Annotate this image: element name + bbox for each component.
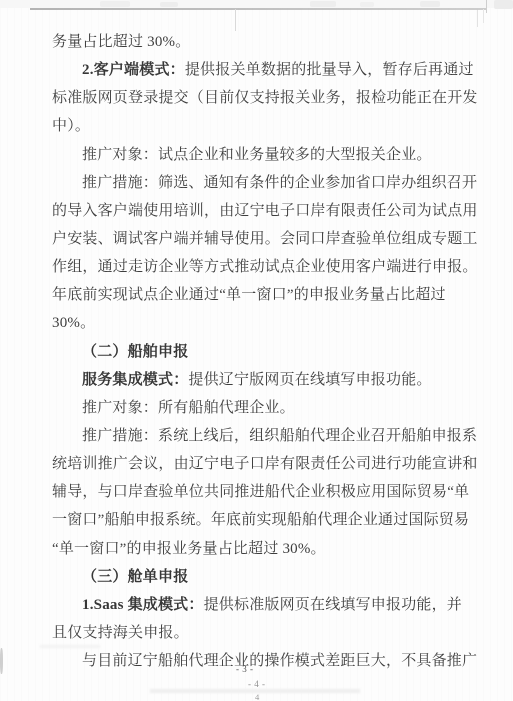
scan-edge-band (0, 0, 513, 8)
text-line: 一窗口”船舶申报系统。年底前实现船舶代理企业通过国际贸易 (52, 506, 482, 534)
text-line: 年底前实现试点企业通过“单一窗口”的申报业务量占比超过 (52, 281, 482, 309)
text-segment-bold: （三）舱单申报 (82, 569, 188, 585)
text-segment: 提供辽宁版网页在线填写申报功能。 (188, 372, 431, 388)
text-line: “单一窗口”的申报业务量占比超过 30%。 (52, 535, 482, 563)
text-segment: “单一窗口”的申报业务量占比超过 30%。 (52, 541, 326, 557)
text-line: 服务集成模式：提供辽宁版网页在线填写申报功能。 (52, 366, 482, 394)
text-segment: 作组，通过走访企业等方式推动试点企业使用客户端进行申报。 (52, 259, 478, 275)
scan-edge-smudge (0, 648, 3, 674)
text-segment-bold: （二）船舶申报 (82, 344, 188, 360)
text-line: 户安装、调试客户端并辅导使用。会同口岸查验单位组成专题工 (52, 225, 482, 253)
text-segment: 提供报关单数据的批量导入，暂存后再通过 (185, 62, 474, 78)
text-line: 2.客户端模式：提供报关单数据的批量导入，暂存后再通过 (52, 56, 482, 84)
text-line: 标准版网页登录提交（目前仅支持报关业务，报检功能正在开发 (52, 84, 482, 112)
text-line: 作组，通过走访企业等方式推动试点企业使用客户端进行申报。 (52, 253, 482, 281)
text-segment-bold: 服务集成模式： (82, 372, 188, 388)
text-segment: 推广措施：系统上线后，组织船舶代理企业召开船舶申报系 (82, 428, 477, 444)
text-line: 务量占比超过 30%。 (52, 28, 482, 56)
text-segment-bold: 1.Saas 集成模式： (82, 597, 204, 613)
text-line: 辅导，与口岸查验单位共同推进船代企业积极应用国际贸易“单 (52, 478, 482, 506)
text-segment: 户安装、调试客户端并辅导使用。会同口岸查验单位组成专题工 (52, 231, 478, 247)
page-number: - 3 - (236, 664, 254, 674)
text-line: 推广措施：系统上线后，组织船舶代理企业召开船舶申报系 (52, 422, 482, 450)
text-line: 的导入客户端使用培训，由辽宁电子口岸有限责任公司为试点用 (52, 197, 482, 225)
text-segment: 一窗口”船舶申报系统。年底前实现船舶代理企业通过国际贸易 (52, 512, 469, 528)
scan-vertical-streak (483, 9, 484, 23)
text-line: 1.Saas 集成模式：提供标准版网页在线填写申报功能，并 (52, 591, 482, 619)
text-segment: 且仅支持海关申报。 (52, 625, 189, 641)
text-segment: 年底前实现试点企业通过“单一窗口”的申报业务量占比超过 (52, 287, 446, 303)
text-segment: 30%。 (52, 315, 95, 331)
text-line: 统培训推广会议，由辽宁电子口岸有限责任公司进行功能宣讲和 (52, 450, 482, 478)
text-segment: 与目前辽宁船舶代理企业的操作模式差距巨大，不具备推广 (82, 653, 477, 669)
text-segment-bold: 2.客户端模式： (82, 62, 185, 78)
page-number-bleedthrough: - 4 - (248, 679, 266, 689)
text-line: 推广对象：所有船舶代理企业。 (52, 394, 482, 422)
text-segment: 推广对象：试点企业和业务量较多的大型报关企业。 (82, 147, 432, 163)
text-segment: 中）。 (52, 118, 90, 134)
text-line: 推广对象：试点企业和业务量较多的大型报关企业。 (52, 141, 482, 169)
text-line: 30%。 (52, 309, 482, 337)
text-line: （二）船舶申报 (52, 338, 482, 366)
text-segment: 务量占比超过 30%。 (52, 34, 190, 50)
text-segment: 提供标准版网页在线填写申报功能，并 (204, 597, 462, 613)
document-body: 务量占比超过 30%。2.客户端模式：提供报关单数据的批量导入，暂存后再通过标准… (52, 28, 482, 675)
scanned-document-page: 务量占比超过 30%。2.客户端模式：提供报关单数据的批量导入，暂存后再通过标准… (0, 0, 513, 701)
text-segment: 统培训推广会议，由辽宁电子口岸有限责任公司进行功能宣讲和 (52, 456, 478, 472)
scan-edge-line (30, 8, 487, 10)
text-line: 且仅支持海关申报。 (52, 619, 482, 647)
text-segment: 推广对象：所有船舶代理企业。 (82, 400, 295, 416)
text-segment: 标准版网页登录提交（目前仅支持报关业务，报检功能正在开发 (52, 90, 478, 106)
page-number-bleedthrough-edge: 4 (255, 692, 260, 701)
scan-vertical-streak (477, 9, 478, 27)
text-segment: 辅导，与口岸查验单位共同推进船代企业积极应用国际贸易“单 (52, 484, 469, 500)
scan-vertical-streak (486, 0, 487, 13)
text-segment: 推广措施：筛选、通知有条件的企业参加省口岸办组织召开 (82, 175, 477, 191)
text-line: 与目前辽宁船舶代理企业的操作模式差距巨大，不具备推广 (52, 647, 482, 675)
text-line: （三）舱单申报 (52, 563, 482, 591)
text-segment: 的导入客户端使用培训，由辽宁电子口岸有限责任公司为试点用 (52, 203, 478, 219)
text-line: 推广措施：筛选、通知有条件的企业参加省口岸办组织召开 (52, 169, 482, 197)
text-line: 中）。 (52, 112, 482, 140)
